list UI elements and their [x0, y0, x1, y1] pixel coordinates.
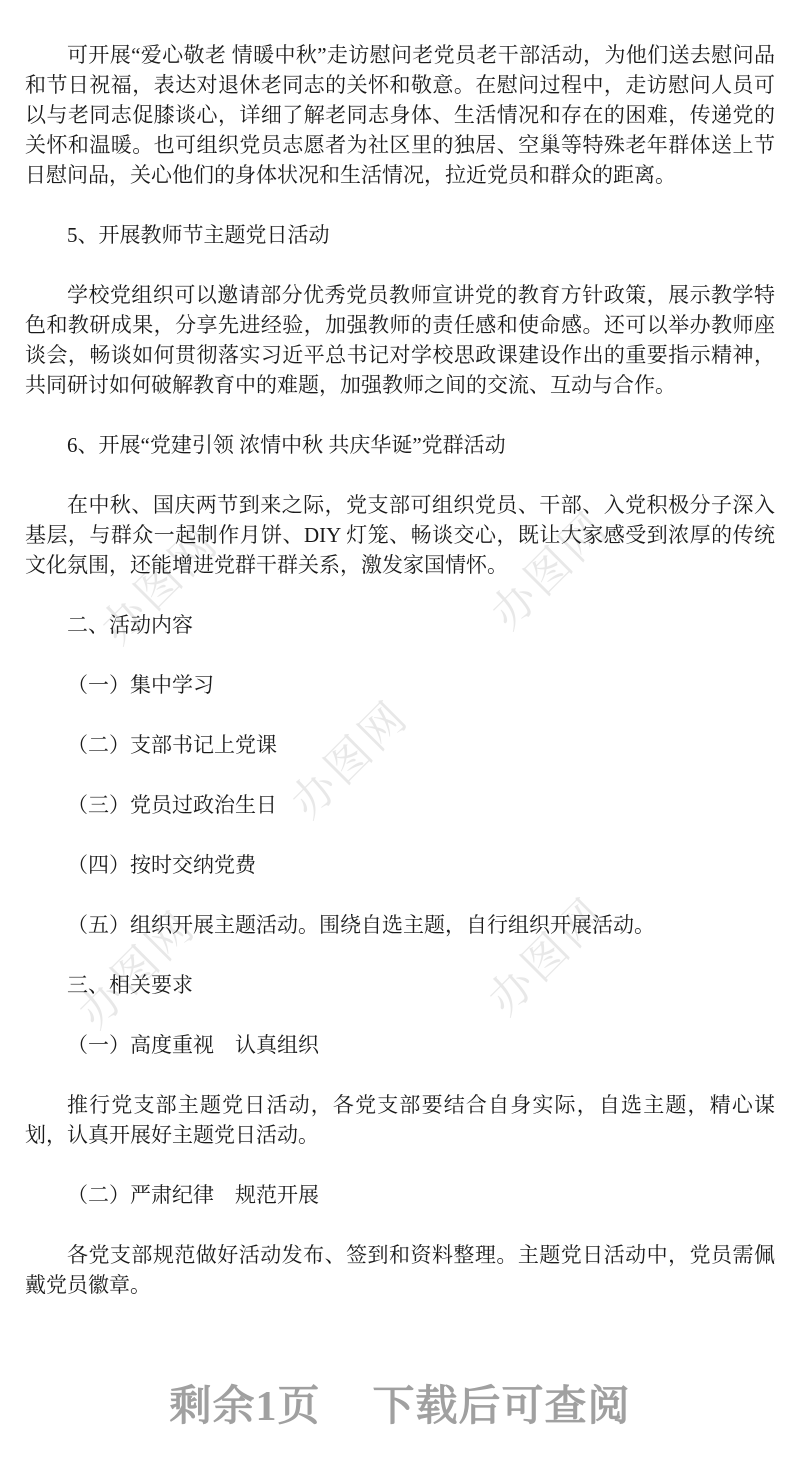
- document-page: 可开展“爱心敬老 情暖中秋”走访慰问老党员老干部活动，为他们送去慰问品和节日祝福…: [25, 0, 775, 1300]
- list-item: （二）支部书记上党课: [25, 730, 775, 760]
- section-heading: 5、开展教师节主题党日活动: [25, 220, 775, 250]
- remaining-pages-label: 剩余1页: [169, 1384, 320, 1430]
- paragraph: 可开展“爱心敬老 情暖中秋”走访慰问老党员老干部活动，为他们送去慰问品和节日祝福…: [25, 40, 775, 190]
- list-item: （四）按时交纳党费: [25, 850, 775, 880]
- list-item: （一）高度重视 认真组织: [25, 1030, 775, 1060]
- section-heading: 二、活动内容: [25, 610, 775, 640]
- paragraph: 在中秋、国庆两节到来之际，党支部可组织党员、干部、入党积极分子深入基层，与群众一…: [25, 490, 775, 580]
- list-item: （一）集中学习: [25, 670, 775, 700]
- paragraph: 学校党组织可以邀请部分优秀党员教师宣讲党的教育方针政策，展示教学特色和教研成果，…: [25, 280, 775, 400]
- paragraph: 各党支部规范做好活动发布、签到和资料整理。主题党日活动中，党员需佩戴党员徽章。: [25, 1240, 775, 1300]
- remaining-pages-banner: 剩余1页下载后可查阅: [0, 1385, 800, 1429]
- download-hint-label: 下载后可查阅: [373, 1384, 631, 1430]
- section-heading: 三、相关要求: [25, 970, 775, 1000]
- list-item: （二）严肃纪律 规范开展: [25, 1180, 775, 1210]
- list-item: （五）组织开展主题活动。围绕自选主题，自行组织开展活动。: [25, 910, 775, 940]
- section-heading: 6、开展“党建引领 浓情中秋 共庆华诞”党群活动: [25, 430, 775, 460]
- list-item: （三）党员过政治生日: [25, 790, 775, 820]
- paragraph: 推行党支部主题党日活动，各党支部要结合自身实际，自选主题，精心谋划，认真开展好主…: [25, 1090, 775, 1150]
